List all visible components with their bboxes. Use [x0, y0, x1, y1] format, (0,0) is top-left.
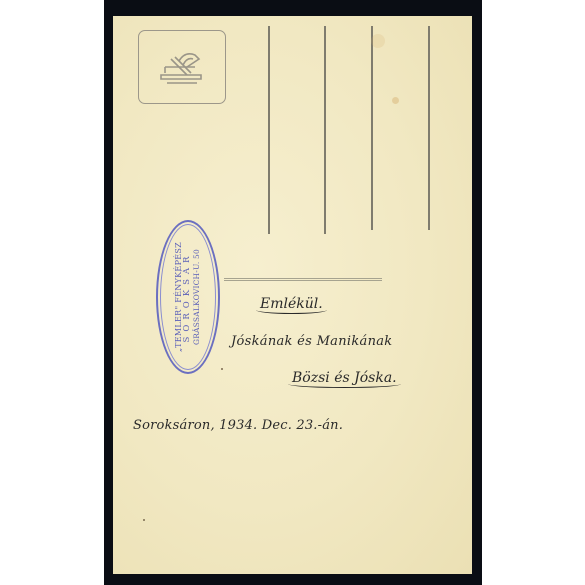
handwritten-dedication: Jóskának és Manikának	[231, 334, 393, 349]
postcard-back: „TEMLER" FÉNYKÉPÉSZ SOROKSÁR GRÁSSALKOVI…	[113, 16, 472, 574]
paper-speck	[143, 519, 145, 521]
stamp-placeholder-box	[138, 30, 226, 104]
address-line-1	[268, 26, 270, 234]
handwritten-signature: Bözsi és Jóska.	[288, 370, 401, 388]
paper-stain	[371, 34, 385, 48]
paper-speck	[221, 368, 223, 370]
paper-stain	[392, 97, 399, 104]
address-line-3	[371, 26, 373, 230]
handwritten-greeting: Emlékül.	[256, 296, 327, 314]
handwritten-place-date: Soroksáron, 1934. Dec. 23.-án.	[133, 418, 343, 433]
stamp-text: „TEMLER" FÉNYKÉPÉSZ SOROKSÁR GRÁSSALKOVI…	[174, 227, 202, 367]
photographer-stamp: „TEMLER" FÉNYKÉPÉSZ SOROKSÁR GRÁSSALKOVI…	[156, 220, 220, 374]
message-divider-line	[224, 278, 382, 281]
postage-stamp-logo-icon	[157, 45, 209, 87]
address-line-4	[428, 26, 430, 230]
address-line-2	[324, 26, 326, 234]
stamp-address: GRÁSSALKOVICH-U. 50	[193, 227, 202, 367]
